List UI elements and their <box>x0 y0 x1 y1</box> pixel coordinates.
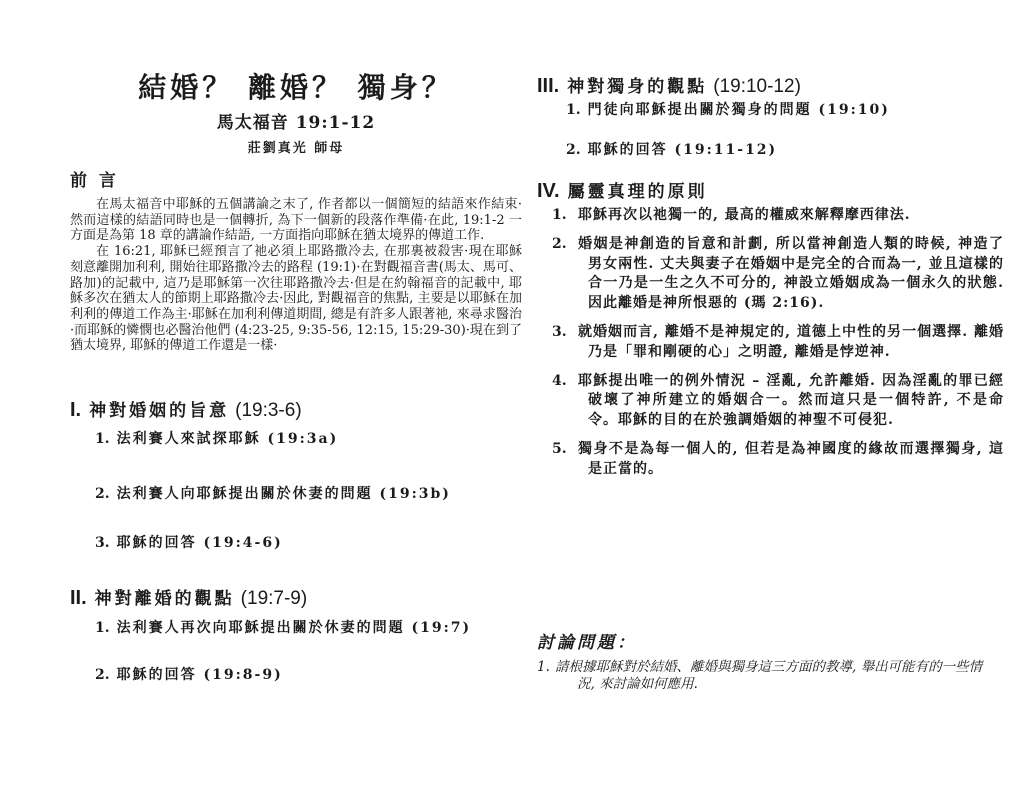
section-4-title: 屬靈真理的原則 <box>568 182 708 202</box>
discussion-heading: 討論問題： <box>537 628 637 653</box>
page-title: 結婚？ 離婚？ 獨身？ <box>70 66 522 106</box>
document-page: 結婚？ 離婚？ 獨身？ 馬太福音 19:1-12 莊劉真光 師母 前 言 在馬太… <box>0 0 1024 791</box>
section-3-item-2: 2.耶穌的回答 (19:11-12) <box>566 139 777 159</box>
item-number: 4. <box>552 372 578 431</box>
section-3-ref: (19:10-12) <box>713 76 801 97</box>
item-number: 5. <box>552 440 578 480</box>
item-number: 2. <box>566 142 581 158</box>
item-text: 耶穌再次以祂獨一的, 最高的權威來解釋摩西律法. <box>578 206 1004 226</box>
section-3-heading: III.神對獨身的觀點(19:10-12) <box>537 72 801 98</box>
principle-item-2: 2. 婚姻是神創造的旨意和計劃, 所以當神創造人類的時候, 神造了男女兩性. 丈… <box>552 235 1004 314</box>
principle-item-3: 3. 就婚姻而言, 離婚不是神規定的, 道德上中性的另一個選擇. 離婚乃是「罪和… <box>552 323 1004 363</box>
item-number: 3. <box>95 535 110 551</box>
item-text: 耶穌的回答 (19:8-9) <box>117 667 283 683</box>
item-text: 耶穌提出唯一的例外情況 – 淫亂, 允許離婚. 因為淫亂的罪已經破壞了神所建立的… <box>578 372 1004 431</box>
section-3-item-1: 1.門徒向耶穌提出關於獨身的問題 (19:10) <box>566 99 890 119</box>
section-1-ref: (19:3-6) <box>235 400 302 421</box>
section-4-heading: IV.屬靈真理的原則 <box>537 177 714 203</box>
item-text: 耶穌的回答 (19:4-6) <box>117 535 283 551</box>
section-2-ref: (19:7-9) <box>241 588 308 609</box>
item-number: 1. <box>95 620 110 636</box>
section-2-item-2: 2.耶穌的回答 (19:8-9) <box>95 664 283 684</box>
item-number: 2. <box>552 235 578 314</box>
principle-item-5: 5. 獨身不是為每一個人的, 但若是為神國度的緣故而選擇獨身, 這是正當的。 <box>552 440 1004 480</box>
section-1-item-3: 3.耶穌的回答 (19:4-6) <box>95 532 283 552</box>
preface-body: 在馬太福音中耶穌的五個講論之末了, 作者都以一個簡短的結語來作結束·然而這樣的結… <box>70 197 522 354</box>
author-name: 莊劉真光 師母 <box>70 137 522 156</box>
section-1-numeral: I. <box>70 399 81 421</box>
section-2-item-1: 1.法利賽人再次向耶穌提出關於休妻的問題 (19:7) <box>95 617 471 637</box>
item-number: 1. <box>95 431 110 447</box>
item-number: 1. <box>566 102 581 118</box>
section-2-title: 神對離婚的觀點 <box>95 589 235 609</box>
scripture-reference: 馬太福音 19:1-12 <box>70 108 522 133</box>
item-text: 請根據耶穌對於結婚、離婚與獨身這三方面的教導, 舉出可能有的一些情況, 來討論如… <box>555 659 999 693</box>
section-3-title: 神對獨身的觀點 <box>567 77 707 97</box>
item-number: 2. <box>95 667 110 683</box>
section-1-heading: I.神對婚姻的旨意(19:3-6) <box>70 396 302 422</box>
item-text: 門徒向耶穌提出關於獨身的問題 (19:10) <box>588 102 890 118</box>
section-2-heading: II.神對離婚的觀點(19:7-9) <box>70 584 307 610</box>
item-text: 獨身不是為每一個人的, 但若是為神國度的緣故而選擇獨身, 這是正當的。 <box>578 440 1004 480</box>
item-text: 婚姻是神創造的旨意和計劃, 所以當神創造人類的時候, 神造了男女兩性. 丈夫與妻… <box>578 235 1004 314</box>
item-text: 法利賽人來試探耶穌 (19:3a) <box>117 431 339 447</box>
section-1-title: 神對婚姻的旨意 <box>89 401 229 421</box>
principle-item-4: 4. 耶穌提出唯一的例外情況 – 淫亂, 允許離婚. 因為淫亂的罪已經破壞了神所… <box>552 372 1004 431</box>
item-number: 1. <box>552 206 578 226</box>
principle-item-1: 1. 耶穌再次以祂獨一的, 最高的權威來解釋摩西律法. <box>552 206 1004 226</box>
item-number: 2. <box>95 486 110 502</box>
section-2-numeral: II. <box>70 587 87 609</box>
preface-paragraph-2: 在 16:21, 耶穌已經預言了祂必須上耶路撒冷去, 在那裏被殺害·現在耶穌刻意… <box>70 244 522 354</box>
item-text: 法利賽人再次向耶穌提出關於休妻的問題 (19:7) <box>117 620 472 636</box>
item-text: 耶穌的回答 (19:11-12) <box>588 142 778 158</box>
preface-heading: 前 言 <box>70 166 119 191</box>
section-1-item-2: 2.法利賽人向耶穌提出關於休妻的問題 (19:3b) <box>95 483 451 503</box>
section-4-numeral: IV. <box>537 180 560 202</box>
item-number: 1. <box>537 659 555 693</box>
item-text: 就婚姻而言, 離婚不是神規定的, 道德上中性的另一個選擇. 離婚乃是「罪和剛硬的… <box>578 323 1004 363</box>
item-number: 3. <box>552 323 578 363</box>
item-text: 法利賽人向耶穌提出關於休妻的問題 (19:3b) <box>117 486 451 502</box>
section-1-item-1: 1.法利賽人來試探耶穌 (19:3a) <box>95 428 338 448</box>
preface-paragraph-1: 在馬太福音中耶穌的五個講論之末了, 作者都以一個簡短的結語來作結束·然而這樣的結… <box>70 197 522 244</box>
section-3-numeral: III. <box>537 75 559 97</box>
section-4-principle-list: 1. 耶穌再次以祂獨一的, 最高的權威來解釋摩西律法. 2. 婚姻是神創造的旨意… <box>552 206 1004 489</box>
discussion-item-1: 1. 請根據耶穌對於結婚、離婚與獨身這三方面的教導, 舉出可能有的一些情況, 來… <box>537 659 999 693</box>
